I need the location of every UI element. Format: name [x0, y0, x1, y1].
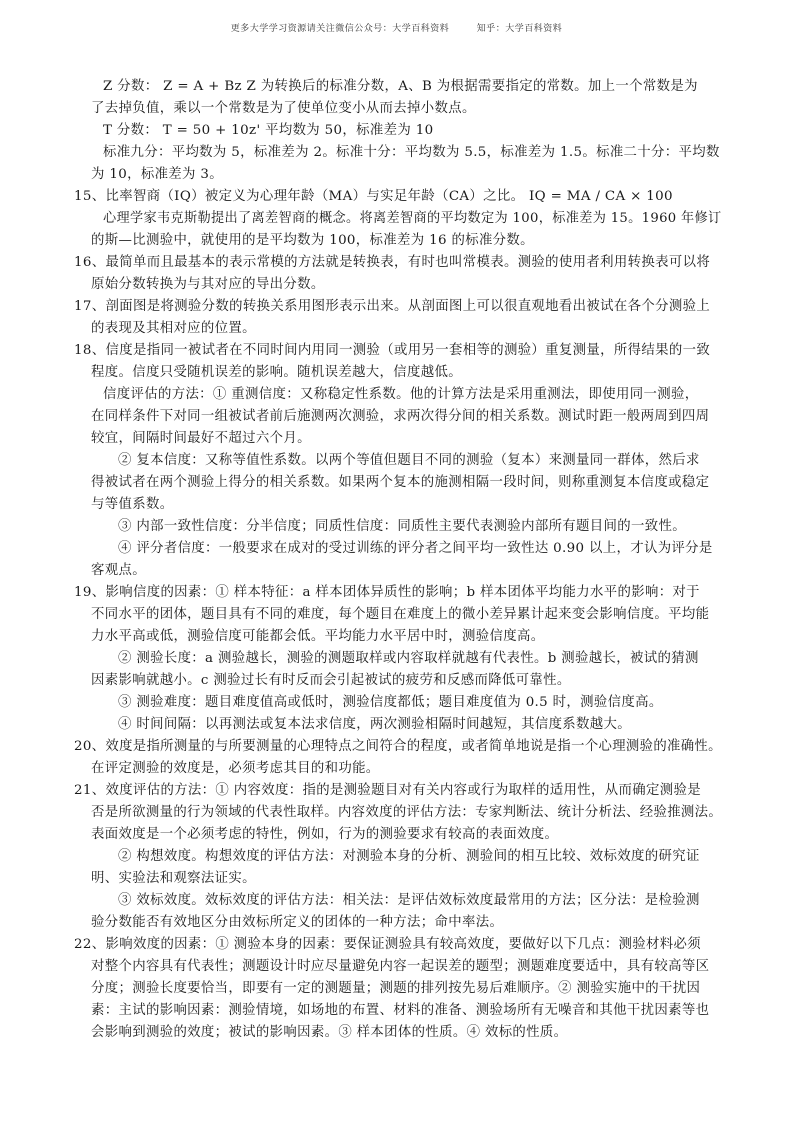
text-line: 与等值系数。: [91, 496, 173, 514]
text-line: 素：主试的影响因素：测验情境，如场地的布置、材料的准备、测验场所有无噪音和其他干…: [91, 1002, 709, 1020]
text-line: 17、剖面图是将测验分数的转换关系用图形表示出来。从剖面图上可以很直观地看出被试…: [74, 298, 710, 316]
text-line: 对整个内容具有代表性；测题设计时应尽量避免内容一起误差的题型；测题难度要适中，具…: [91, 958, 709, 976]
text-line: 18、信度是指同一被试者在不同时间内用同一测验（或用另一套相等的测验）重复测量，…: [74, 342, 710, 360]
text-line: 原始分数转换为与其对应的导出分数。: [91, 276, 325, 294]
text-line: ③ 效标效度。效标效度的评估方法：相关法：是评估效标效度最常用的方法；区分法：是…: [118, 892, 700, 910]
text-line: 信度评估的方法：① 重测信度：又称稳定性系数。他的计算方法是采用重测法，即使用同…: [103, 386, 698, 404]
text-line: 因素影响就越小。c 测验过长有时反而会引起被试的疲劳和反感而降低可靠性。: [91, 672, 571, 690]
text-line: ③ 内部一致性信度：分半信度；同质性信度：同质性主要代表测验内部所有题目间的一致…: [118, 518, 686, 536]
page-header: 更多大学学习资源请关注微信公众号：大学百科资料 知乎：大学百科资料: [0, 21, 793, 34]
text-line: 分度；测验长度要恰当，即要有一定的测题量；测题的排列按先易后难顺序。② 测验实施…: [91, 980, 700, 998]
text-line: ② 构想效度。构想效度的评估方法：对测验本身的分析、测验间的相互比较、效标效度的…: [118, 848, 700, 866]
text-line: 为 10，标准差为 3。: [91, 166, 223, 184]
text-line: ② 复本信度：又称等值性系数。以两个等值但题目不同的测验（复本）来测量同一群体，…: [118, 452, 700, 470]
text-line: 得被试者在两个测验上得分的相关系数。如果两个复本的施测相隔一段时间，则称重测复本…: [91, 474, 709, 492]
text-line: 明、实验法和观察法证实。: [91, 870, 256, 888]
text-line: 较宜，间隔时间最好不超过六个月。: [91, 430, 311, 448]
text-line: ② 测验长度：a 测验越长，测验的测题取样或内容取样就越有代表性。b 测验越长，…: [118, 650, 699, 668]
text-line: 不同水平的团体，题目具有不同的难度，每个题目在难度上的微小差异累计起来变会影响信…: [91, 606, 709, 624]
text-line: 验分数能否有效地区分由效标所定义的团体的一种方法；命中率法。: [91, 914, 503, 932]
text-line: 21、效度评估的方法：① 内容效度：指的是测验题目对有关内容或行为取样的适用性，…: [74, 782, 701, 800]
text-line: 了去掉负值，乘以一个常数是为了使单位变小从而去掉小数点。: [91, 100, 476, 118]
text-line: 在同样条件下对同一组被试者前后施测两次测验，求两次得分间的相关系数。测试时距一般…: [91, 408, 709, 426]
text-line: 的斯—比测验中，就使用的是平均数为 100，标准差为 16 的标准分数。: [91, 232, 534, 250]
text-line: 15、比率智商（IQ）被定义为心理年龄（MA）与实足年龄（CA）之比。 IQ =…: [74, 188, 673, 206]
text-line: 程度。信度只受随机误差的影响。随机误差越大，信度越低。: [91, 364, 462, 382]
text-line: ④ 评分者信度：一般要求在成对的受过训练的评分者之间平均一致性达 0.90 以上…: [118, 540, 713, 558]
text-line: 否是所欲测量的行为领域的代表性取样。内容效度的评估方法：专家判断法、统计分析法、…: [91, 804, 722, 822]
text-line: 在评定测验的效度是，必须考虑其目的和功能。: [91, 760, 380, 778]
text-line: Z 分数： Z = A + Bz Z 为转换后的标准分数，A、B 为根据需要指定…: [103, 78, 698, 96]
text-line: 19、影响信度的因素：① 样本特征：a 样本团体异质性的影响；b 样本团体平均能…: [74, 584, 700, 602]
header-zhihu-notice: 知乎：大学百科资料: [477, 24, 563, 34]
text-line: 标准九分：平均数为 5，标准差为 2。标准十分：平均数为 5.5，标准差为 1.…: [103, 144, 720, 162]
text-line: 表面效度是一个必须考虑的特性，例如，行为的测验要求有较高的表面效度。: [91, 826, 558, 844]
header-wechat-notice: 更多大学学习资源请关注微信公众号：大学百科资料: [231, 24, 450, 34]
text-line: 心理学家韦克斯勒提出了离差智商的概念。将离差智商的平均数定为 100，标准差为 …: [103, 210, 722, 228]
text-line: 20、效度是指所测量的与所要测量的心理特点之间符合的程度，或者简单地说是指一个心…: [74, 738, 722, 756]
text-line: ③ 测验难度：题目难度值高或低时，测验信度都低；题目难度值为 0.5 时，测验信…: [118, 694, 663, 712]
text-line: 的表现及其相对应的位置。: [91, 320, 256, 338]
text-line: 会影响到测验的效度；被试的影响因素。③ 样本团体的性质。④ 效标的性质。: [91, 1024, 567, 1042]
text-line: 22、影响效度的因素：① 测验本身的因素：要保证测验具有较高效度，要做好以下几点…: [74, 936, 701, 954]
text-line: T 分数： T = 50 + 10z' 平均数为 50，标准差为 10: [103, 122, 433, 140]
text-line: 力水平高或低，测验信度可能都会低。平均能力水平居中时，测验信度高。: [91, 628, 544, 646]
text-line: 16、最简单而且最基本的表示常模的方法就是转换表，有时也叫常模表。测验的使用者利…: [74, 254, 710, 272]
text-line: 客观点。: [91, 562, 146, 580]
text-line: ④ 时间间隔：以再测法或复本法求信度，两次测验相隔时间越短，其信度系数越大。: [118, 716, 631, 734]
